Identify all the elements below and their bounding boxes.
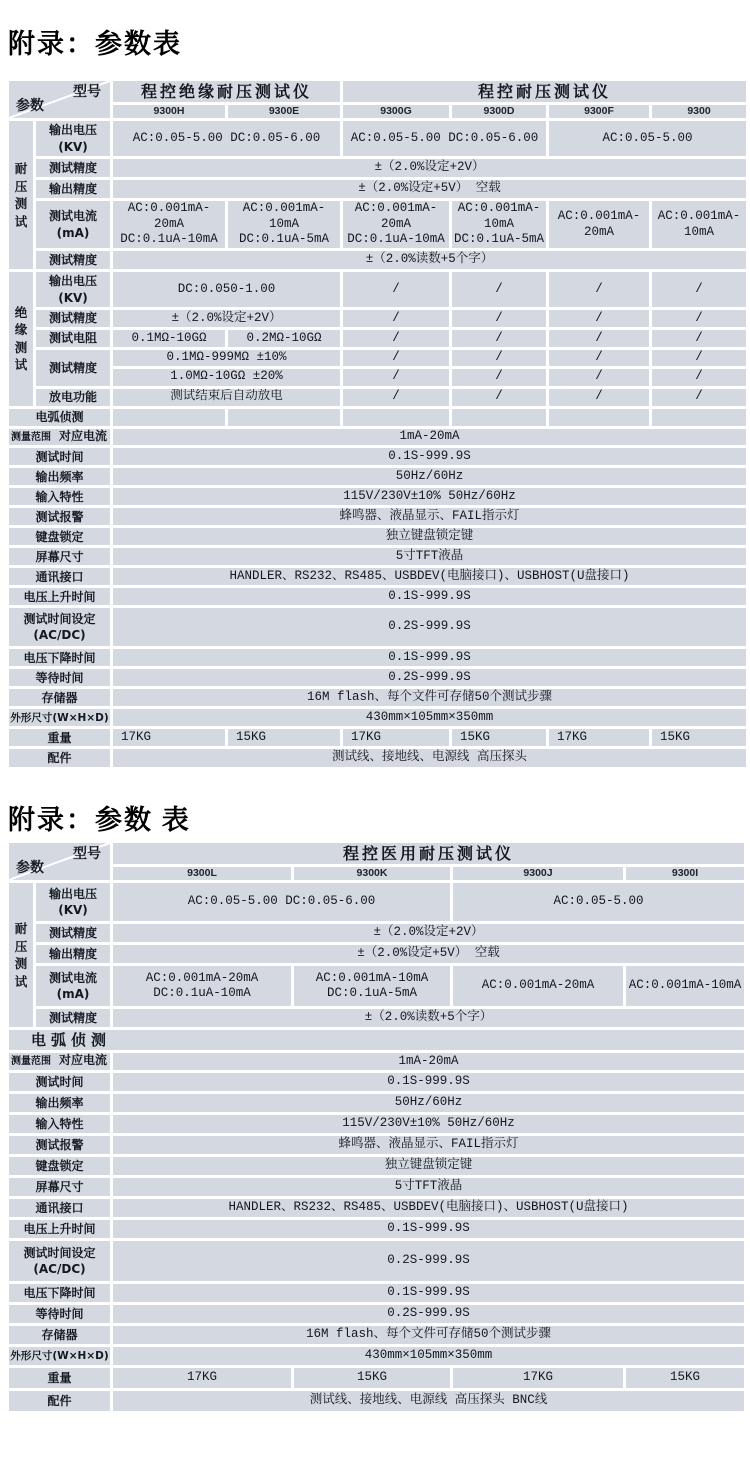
model-9300E: 9300E	[228, 105, 340, 118]
table-row: 耐压测试 输出电压 (KV) AC:0.05-5.00 DC:0.05-6.00…	[9, 883, 744, 921]
cell-key-lock: 独立键盘锁定键	[113, 1157, 744, 1175]
table-row: 测试精度 ±（2.0%设定+2V）	[9, 924, 744, 942]
cell-test-current-9300E: AC:0.001mA-10mA DC:0.1uA-5mA	[228, 201, 340, 248]
row-label-test-accuracy-i: 测试精度	[36, 1009, 110, 1027]
cell-test-accuracy-i: ±（2.0%读数+5个字）	[113, 1009, 744, 1027]
table-row: 电弧侦测	[9, 409, 746, 426]
measure-range-label: 测量范围	[11, 1056, 51, 1067]
table-row: 测试精度 ±（2.0%读数+5个字）	[9, 251, 746, 269]
na-cell: /	[452, 369, 546, 386]
cell-test-current-9300J: AC:0.001mA-20mA	[453, 966, 623, 1006]
table-row: 测试精度 ±（2.0%读数+5个字）	[9, 1009, 744, 1027]
cell-test-accuracy-v: ±（2.0%设定+2V）	[113, 159, 746, 177]
cell-alarm: 蜂鸣器、液晶显示、FAIL指示灯	[113, 1136, 744, 1154]
na-cell: /	[343, 369, 449, 386]
na-cell: /	[549, 310, 649, 327]
table-header-row: 型号 参数 程控绝缘耐压测试仪 程控耐压测试仪	[9, 81, 746, 102]
na-cell: /	[549, 389, 649, 406]
table-row: 测试电流 (mA) AC:0.001mA-20mA DC:0.1uA-10mA …	[9, 201, 746, 248]
arc-empty-cell	[652, 409, 746, 426]
cell-ins-output-voltage: DC:0.050-1.00	[113, 272, 340, 307]
na-cell: /	[343, 350, 449, 366]
cell-fall-time: 0.1S-999.9S	[113, 1284, 744, 1302]
table-row: 测试精度 ±（2.0%设定+2V）	[9, 159, 746, 177]
model-9300: 9300	[652, 105, 746, 118]
table-header-row: 型号 参数 程控医用耐压测试仪	[9, 843, 744, 864]
row-label-output-accuracy: 输出精度	[36, 945, 110, 963]
table-row: 屏幕尺寸 5寸TFT液晶	[9, 548, 746, 565]
row-label-test-time: 测试时间	[9, 1073, 110, 1091]
corner-header-cell: 型号 参数	[9, 81, 110, 118]
na-cell: /	[343, 272, 449, 307]
arc-empty-cell	[549, 409, 649, 426]
row-label-test-accuracy-v: 测试精度	[36, 924, 110, 942]
na-cell: /	[452, 389, 546, 406]
row-label-time-set: 测试时间设定 (AC/DC)	[9, 608, 110, 646]
cell-weight-9300D: 15KG	[452, 729, 546, 746]
arc-empty-cell	[452, 409, 546, 426]
cell-test-current-9300G: AC:0.001mA-20mA DC:0.1uA-10mA	[343, 201, 449, 248]
row-label-wait-time: 等待时间	[9, 1305, 110, 1323]
cell-output-voltage-1: AC:0.05-5.00 DC:0.05-6.00	[113, 121, 340, 156]
cell-ins-res-accuracy-1: 0.1MΩ-999MΩ ±10%	[113, 350, 340, 366]
table-row: 测试电流 (mA) AC:0.001mA-20mA DC:0.1uA-10mA …	[9, 966, 744, 1006]
cell-wait-time: 0.2S-999.9S	[113, 669, 746, 686]
table-row: 测试报警 蜂鸣器、液晶显示、FAIL指示灯	[9, 1136, 744, 1154]
row-label-weight: 重量	[9, 729, 110, 746]
cell-discharge: 测试结束后自动放电	[113, 389, 340, 406]
row-label-output-accuracy: 输出精度	[36, 180, 110, 198]
row-label-test-accuracy-v: 测试精度	[36, 159, 110, 177]
table-row: 测量范围对应电流 1mA-20mA	[9, 1053, 744, 1070]
row-label-wait-time: 等待时间	[9, 669, 110, 686]
cell-weight-9300K: 15KG	[294, 1368, 450, 1388]
row-label-accessories: 配件	[9, 749, 110, 767]
product-group-insulation-hipot: 程控绝缘耐压测试仪	[113, 81, 340, 102]
cell-output-freq: 50Hz/60Hz	[113, 468, 746, 485]
row-label-ins-accuracy: 测试精度	[36, 310, 110, 327]
row-label-input-char: 输入特性	[9, 1115, 110, 1133]
measure-range-label: 测量范围	[11, 432, 51, 443]
row-label-screen: 屏幕尺寸	[9, 1178, 110, 1196]
row-label-rise-time: 电压上升时间	[9, 588, 110, 605]
na-cell: /	[549, 272, 649, 307]
table-row: 1.0MΩ-10GΩ ±20% / / / /	[9, 369, 746, 386]
cell-output-voltage-3: AC:0.05-5.00	[549, 121, 746, 156]
model-header-row: 9300H 9300E 9300G 9300D 9300F 9300	[9, 105, 746, 118]
cell-fall-time: 0.1S-999.9S	[113, 649, 746, 666]
row-label-time-set: 测试时间设定 (AC/DC)	[9, 1241, 110, 1281]
cell-test-current-9300I: AC:0.001mA-10mA	[626, 966, 744, 1006]
cell-alarm: 蜂鸣器、液晶显示、FAIL指示灯	[113, 508, 746, 525]
row-label-output-freq: 输出频率	[9, 1094, 110, 1112]
cell-comm: HANDLER、RS232、RS485、USBDEV(电脑接口)、USBHOST…	[113, 568, 746, 585]
row-label-output-freq: 输出频率	[9, 468, 110, 485]
model-9300J: 9300J	[453, 867, 623, 880]
row-label-output-voltage: 输出电压 (KV)	[36, 883, 110, 921]
table-row: 电弧侦测	[9, 1030, 744, 1050]
table-row: 通讯接口 HANDLER、RS232、RS485、USBDEV(电脑接口)、US…	[9, 1199, 744, 1217]
row-label-test-time: 测试时间	[9, 448, 110, 465]
corner-model-label: 型号	[73, 846, 101, 864]
na-cell: /	[549, 350, 649, 366]
corner-header-cell: 型号 参数	[9, 843, 110, 880]
corner-param-label: 参数	[16, 860, 44, 878]
cell-output-voltage-2: AC:0.05-5.00 DC:0.05-6.00	[343, 121, 546, 156]
cell-wait-time: 0.2S-999.9S	[113, 1305, 744, 1323]
arc-empty-cell	[113, 409, 225, 426]
row-label-input-char: 输入特性	[9, 488, 110, 505]
table-row: 通讯接口 HANDLER、RS232、RS485、USBDEV(电脑接口)、US…	[9, 568, 746, 585]
row-label-comm: 通讯接口	[9, 1199, 110, 1217]
cell-test-current-9300D: AC:0.001mA-10mA DC:0.1uA-5mA	[452, 201, 546, 248]
product-group-hipot: 程控耐压测试仪	[343, 81, 746, 102]
table-row: 等待时间 0.2S-999.9S	[9, 669, 746, 686]
table-row: 电压上升时间 0.1S-999.9S	[9, 1220, 744, 1238]
row-label-screen: 屏幕尺寸	[9, 548, 110, 565]
group-withstand-test: 耐压测试	[9, 883, 33, 1027]
na-cell: /	[652, 369, 746, 386]
cell-weight-9300I: 15KG	[626, 1368, 744, 1388]
na-cell: /	[343, 330, 449, 347]
table-row: 电压下降时间 0.1S-999.9S	[9, 1284, 744, 1302]
model-9300F: 9300F	[549, 105, 649, 118]
table-row: 电压下降时间 0.1S-999.9S	[9, 649, 746, 666]
cell-test-accuracy-v: ±（2.0%设定+2V）	[113, 924, 744, 942]
row-label-arc-detect: 电弧侦测	[9, 409, 110, 426]
appendix-title-1: 附录：参数表	[8, 22, 182, 61]
table-row: 测试时间设定 (AC/DC) 0.2S-999.9S	[9, 1241, 744, 1281]
cell-dimensions: 430mm×105mm×350mm	[113, 1347, 744, 1365]
cell-weight-9300F: 17KG	[549, 729, 649, 746]
table-row: 测试时间 0.1S-999.9S	[9, 1073, 744, 1091]
table-row: 输入特性 115V/230V±10% 50Hz/60Hz	[9, 488, 746, 505]
cell-screen: 5寸TFT液晶	[113, 548, 746, 565]
appendix-title-2: 附录：参数 表	[8, 798, 191, 837]
row-label-dimensions: 外形尺寸(W×H×D)	[9, 1347, 110, 1365]
na-cell: /	[652, 272, 746, 307]
table-row: 电压上升时间 0.1S-999.9S	[9, 588, 746, 605]
table-row: 放电功能 测试结束后自动放电 / / / /	[9, 389, 746, 406]
model-9300H: 9300H	[113, 105, 225, 118]
na-cell: /	[652, 310, 746, 327]
table-row: 测试电阻 0.1MΩ-10GΩ 0.2MΩ-10GΩ / / / /	[9, 330, 746, 347]
cell-screen: 5寸TFT液晶	[113, 1178, 744, 1196]
cell-output-voltage-2: AC:0.05-5.00	[453, 883, 744, 921]
table-row: 等待时间 0.2S-999.9S	[9, 1305, 744, 1323]
table-row: 存储器 16M flash、每个文件可存储50个测试步骤	[9, 689, 746, 706]
cell-input-char: 115V/230V±10% 50Hz/60Hz	[113, 1115, 744, 1133]
row-label-arc-detect: 电弧侦测	[9, 1030, 744, 1050]
table-row: 键盘锁定 独立键盘锁定键	[9, 528, 746, 545]
cell-storage: 16M flash、每个文件可存储50个测试步骤	[113, 1326, 744, 1344]
table-row: 输出精度 ±（2.0%设定+5V） 空载	[9, 180, 746, 198]
na-cell: /	[652, 350, 746, 366]
cell-test-time: 0.1S-999.9S	[113, 1073, 744, 1091]
table-row: 配件 测试线、接地线、电源线 高压探头 BNC线	[9, 1391, 744, 1411]
row-label-ins-resistance: 测试电阻	[36, 330, 110, 347]
table-row: 测试精度 0.1MΩ-999MΩ ±10% / / / /	[9, 350, 746, 366]
corresponding-current-label: 对应电流	[59, 1053, 107, 1067]
row-label-test-current: 测试电流 (mA)	[36, 966, 110, 1006]
row-label-measure-range: 测量范围对应电流	[9, 1053, 110, 1070]
na-cell: /	[452, 350, 546, 366]
model-header-row: 9300L 9300K 9300J 9300I	[9, 867, 744, 880]
table-row: 测量范围对应电流 1mA-20mA	[9, 429, 746, 446]
cell-test-accuracy-i: ±（2.0%读数+5个字）	[113, 251, 746, 269]
cell-output-accuracy: ±（2.0%设定+5V） 空载	[113, 180, 746, 198]
cell-accessories: 测试线、接地线、电源线 高压探头	[113, 749, 746, 767]
cell-input-char: 115V/230V±10% 50Hz/60Hz	[113, 488, 746, 505]
row-label-dimensions: 外形尺寸(W×H×D)	[9, 709, 110, 726]
cell-time-set: 0.2S-999.9S	[113, 1241, 744, 1281]
row-label-key-lock: 键盘锁定	[9, 528, 110, 545]
cell-test-time: 0.1S-999.9S	[113, 448, 746, 465]
table-row: 存储器 16M flash、每个文件可存储50个测试步骤	[9, 1326, 744, 1344]
cell-ins-resistance-9300E: 0.2MΩ-10GΩ	[228, 330, 340, 347]
table-row: 重量 17KG 15KG 17KG 15KG	[9, 1368, 744, 1388]
cell-weight-9300H: 17KG	[113, 729, 225, 746]
group-withstand-test: 耐压测试	[9, 121, 33, 269]
table-row: 外形尺寸(W×H×D) 430mm×105mm×350mm	[9, 1347, 744, 1365]
table-row: 输入特性 115V/230V±10% 50Hz/60Hz	[9, 1115, 744, 1133]
cell-test-current-9300: AC:0.001mA-10mA	[652, 201, 746, 248]
row-label-storage: 存储器	[9, 689, 110, 706]
na-cell: /	[652, 389, 746, 406]
cell-dimensions: 430mm×105mm×350mm	[113, 709, 746, 726]
table-row: 耐压测试 输出电压 (KV) AC:0.05-5.00 DC:0.05-6.00…	[9, 121, 746, 156]
cell-ins-res-accuracy-2: 1.0MΩ-10GΩ ±20%	[113, 369, 340, 386]
row-label-discharge: 放电功能	[36, 389, 110, 406]
model-9300L: 9300L	[113, 867, 291, 880]
na-cell: /	[549, 369, 649, 386]
cell-output-accuracy: ±（2.0%设定+5V） 空载	[113, 945, 744, 963]
model-9300I: 9300I	[626, 867, 744, 880]
row-label-fall-time: 电压下降时间	[9, 1284, 110, 1302]
na-cell: /	[343, 310, 449, 327]
cell-ins-resistance-9300H: 0.1MΩ-10GΩ	[113, 330, 225, 347]
row-label-key-lock: 键盘锁定	[9, 1157, 110, 1175]
na-cell: /	[452, 310, 546, 327]
cell-storage: 16M flash、每个文件可存储50个测试步骤	[113, 689, 746, 706]
table-row: 测试时间设定 (AC/DC) 0.2S-999.9S	[9, 608, 746, 646]
model-9300D: 9300D	[452, 105, 546, 118]
cell-test-current-9300H: AC:0.001mA-20mA DC:0.1uA-10mA	[113, 201, 225, 248]
cell-rise-time: 0.1S-999.9S	[113, 588, 746, 605]
row-label-test-accuracy-i: 测试精度	[36, 251, 110, 269]
row-label-alarm: 测试报警	[9, 1136, 110, 1154]
row-label-ins-res-accuracy: 测试精度	[36, 350, 110, 386]
row-label-ins-output-voltage: 输出电压 (KV)	[36, 272, 110, 307]
cell-comm: HANDLER、RS232、RS485、USBDEV(电脑接口)、USBHOST…	[113, 1199, 744, 1217]
table-row: 输出精度 ±（2.0%设定+5V） 空载	[9, 945, 744, 963]
table-row: 配件 测试线、接地线、电源线 高压探头	[9, 749, 746, 767]
row-label-measure-range: 测量范围对应电流	[9, 429, 110, 446]
table-row: 外形尺寸(W×H×D) 430mm×105mm×350mm	[9, 709, 746, 726]
corner-param-label: 参数	[16, 98, 44, 116]
cell-weight-9300: 15KG	[652, 729, 746, 746]
table-row: 测试精度 ±（2.0%设定+2V） / / / /	[9, 310, 746, 327]
cell-output-voltage-1: AC:0.05-5.00 DC:0.05-6.00	[113, 883, 450, 921]
cell-weight-9300L: 17KG	[113, 1368, 291, 1388]
model-9300K: 9300K	[294, 867, 450, 880]
na-cell: /	[549, 330, 649, 347]
na-cell: /	[452, 330, 546, 347]
corresponding-current-label: 对应电流	[59, 429, 107, 443]
row-label-comm: 通讯接口	[9, 568, 110, 585]
product-group-medical-hipot: 程控医用耐压测试仪	[113, 843, 744, 864]
table-row: 输出频率 50Hz/60Hz	[9, 468, 746, 485]
arc-empty-cell	[228, 409, 340, 426]
cell-test-current-9300K: AC:0.001mA-10mA DC:0.1uA-5mA	[294, 966, 450, 1006]
cell-rise-time: 0.1S-999.9S	[113, 1220, 744, 1238]
row-label-fall-time: 电压下降时间	[9, 649, 110, 666]
cell-range: 1mA-20mA	[113, 429, 746, 446]
table-row: 测试报警 蜂鸣器、液晶显示、FAIL指示灯	[9, 508, 746, 525]
cell-test-current-9300F: AC:0.001mA-20mA	[549, 201, 649, 248]
cell-weight-9300E: 15KG	[228, 729, 340, 746]
group-insulation-test: 绝缘测试	[9, 272, 33, 406]
corner-model-label: 型号	[73, 84, 101, 102]
spec-table-1: 型号 参数 程控绝缘耐压测试仪 程控耐压测试仪 9300H 9300E 9300…	[6, 78, 749, 770]
na-cell: /	[452, 272, 546, 307]
table-row: 重量 17KG 15KG 17KG 15KG 17KG 15KG	[9, 729, 746, 746]
na-cell: /	[652, 330, 746, 347]
table-row: 输出频率 50Hz/60Hz	[9, 1094, 744, 1112]
row-label-weight: 重量	[9, 1368, 110, 1388]
cell-test-current-9300L: AC:0.001mA-20mA DC:0.1uA-10mA	[113, 966, 291, 1006]
cell-accessories: 测试线、接地线、电源线 高压探头 BNC线	[113, 1391, 744, 1411]
na-cell: /	[343, 389, 449, 406]
table-row: 绝缘测试 输出电压 (KV) DC:0.050-1.00 / / / /	[9, 272, 746, 307]
spec-table-2: 型号 参数 程控医用耐压测试仪 9300L 9300K 9300J 9300I …	[6, 840, 747, 1414]
row-label-accessories: 配件	[9, 1391, 110, 1411]
model-9300G: 9300G	[343, 105, 449, 118]
cell-key-lock: 独立键盘锁定键	[113, 528, 746, 545]
cell-weight-9300J: 17KG	[453, 1368, 623, 1388]
row-label-alarm: 测试报警	[9, 508, 110, 525]
arc-empty-cell	[343, 409, 449, 426]
cell-range: 1mA-20mA	[113, 1053, 744, 1070]
row-label-rise-time: 电压上升时间	[9, 1220, 110, 1238]
row-label-storage: 存储器	[9, 1326, 110, 1344]
cell-ins-accuracy: ±（2.0%设定+2V）	[113, 310, 340, 327]
row-label-test-current: 测试电流 (mA)	[36, 201, 110, 248]
row-label-output-voltage: 输出电压 (KV)	[36, 121, 110, 156]
cell-weight-9300G: 17KG	[343, 729, 449, 746]
cell-time-set: 0.2S-999.9S	[113, 608, 746, 646]
cell-output-freq: 50Hz/60Hz	[113, 1094, 744, 1112]
table-row: 屏幕尺寸 5寸TFT液晶	[9, 1178, 744, 1196]
table-row: 键盘锁定 独立键盘锁定键	[9, 1157, 744, 1175]
table-row: 测试时间 0.1S-999.9S	[9, 448, 746, 465]
